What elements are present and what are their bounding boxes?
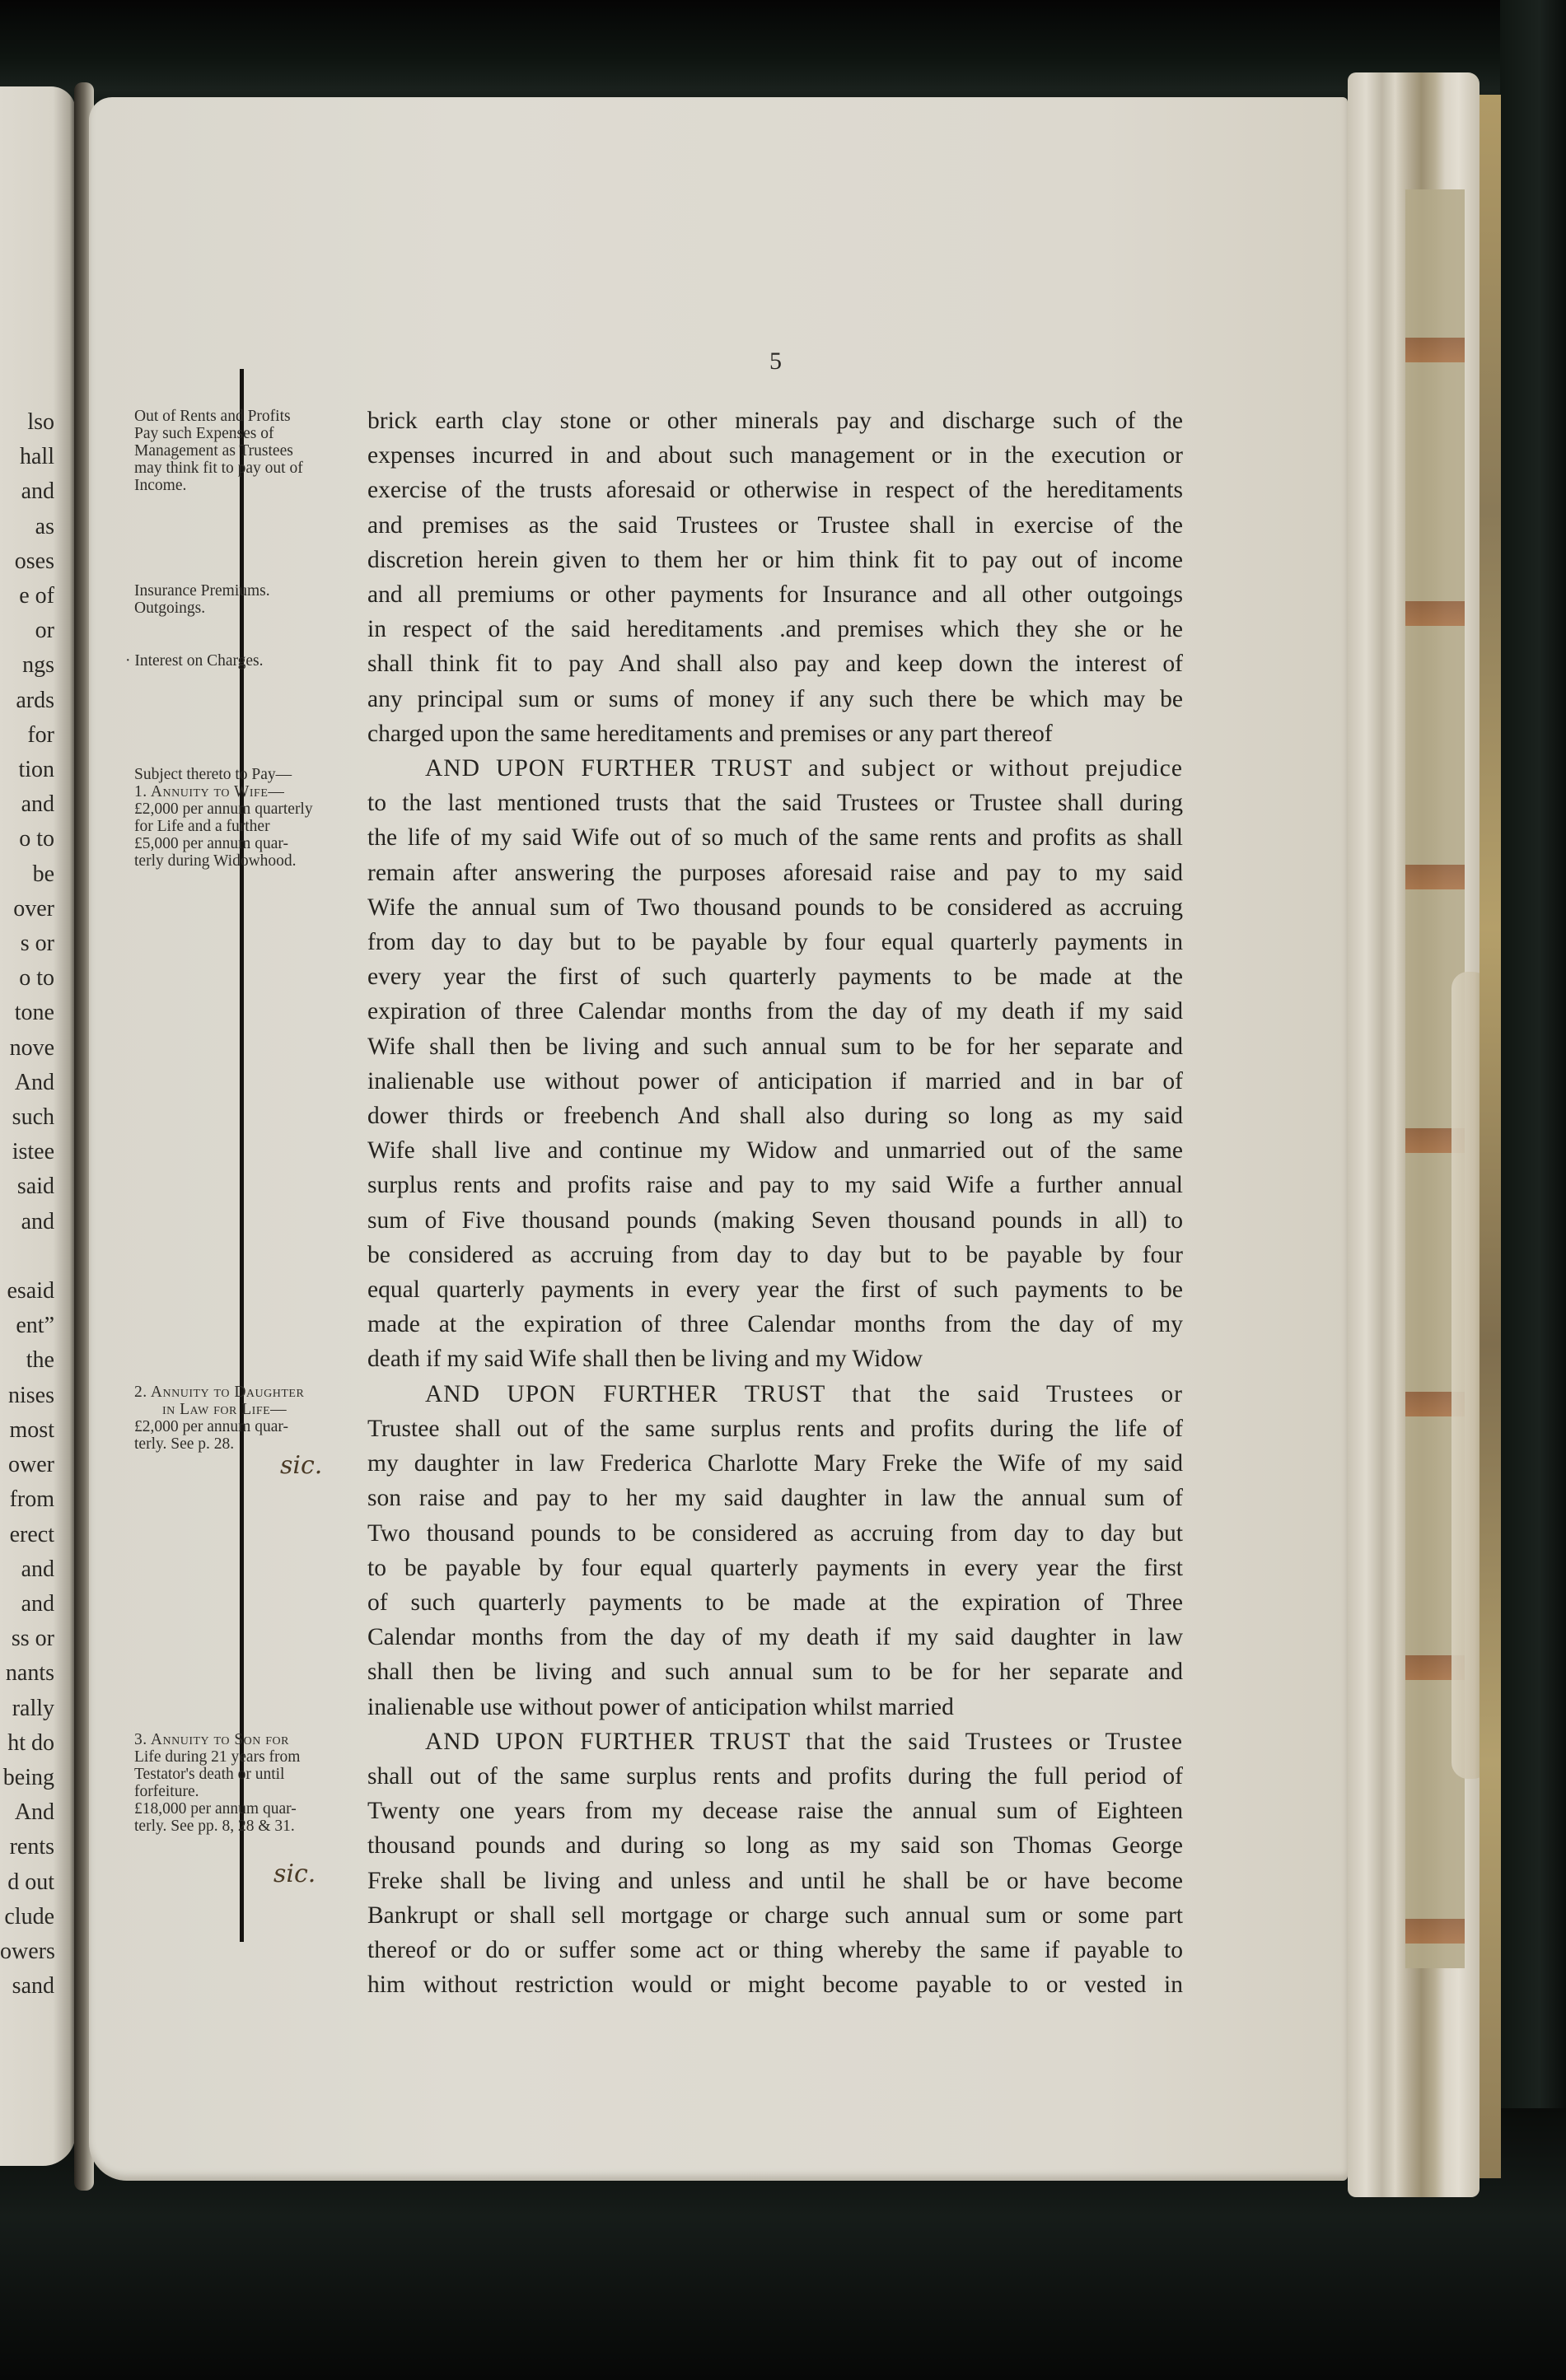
previous-page-text-fragments: lso hall and as oses e of or ngs ards fo… bbox=[0, 405, 54, 2004]
fragment: for bbox=[0, 718, 54, 753]
text-line: my daughter in law Frederica Charlotte M… bbox=[367, 1446, 1183, 1481]
text-line: remain after answering the purposes afor… bbox=[367, 856, 1183, 890]
fragment: most bbox=[0, 1413, 54, 1448]
fragment: being bbox=[0, 1761, 54, 1795]
fragment: oses bbox=[0, 544, 54, 579]
fragment: o to bbox=[0, 961, 54, 996]
fragment: and bbox=[0, 1587, 54, 1622]
margin-note-interest: · Interest on Charges. bbox=[125, 652, 356, 670]
fragment: nants bbox=[0, 1656, 54, 1691]
text-line: inalienable use without power of anticip… bbox=[367, 1064, 1183, 1099]
fragment: esaid bbox=[0, 1274, 54, 1309]
text-line: discretion herein given to them her or h… bbox=[367, 543, 1183, 577]
fragment: clude bbox=[0, 1900, 54, 1934]
text-line: thereof or do or suffer some act or thin… bbox=[367, 1933, 1183, 1967]
fragment: such bbox=[0, 1100, 54, 1135]
text-line: dower thirds or freebench And shall also… bbox=[367, 1099, 1183, 1133]
text-line: charged upon the same hereditaments and … bbox=[367, 716, 1183, 751]
fragment: ht do bbox=[0, 1726, 54, 1761]
text-line: sum of Five thousand pounds (making Seve… bbox=[367, 1203, 1183, 1238]
fragment: e of bbox=[0, 579, 54, 614]
fragment: o to bbox=[0, 822, 54, 856]
handwritten-sic-annotation: sic. bbox=[280, 1451, 322, 1480]
fragment: ards bbox=[0, 684, 54, 718]
text-line: shall then be living and such annual sum… bbox=[367, 1654, 1183, 1689]
marbled-endpaper-edge bbox=[1480, 95, 1501, 2178]
fragment: or bbox=[0, 614, 54, 648]
fragment: owers bbox=[0, 1934, 54, 1969]
text-line: made at the expiration of three Calendar… bbox=[367, 1307, 1183, 1342]
fragment: be bbox=[0, 857, 54, 892]
text-line: exercise of the trusts aforesaid or othe… bbox=[367, 473, 1183, 507]
fragment: ent” bbox=[0, 1309, 54, 1343]
fragment: tone bbox=[0, 996, 54, 1030]
text-line: from day to day but to be payable by fou… bbox=[367, 925, 1183, 959]
text-line: brick earth clay stone or other minerals… bbox=[367, 404, 1183, 438]
fragment bbox=[0, 1239, 54, 1274]
text-line: equal quarterly payments in every year t… bbox=[367, 1272, 1183, 1307]
handwritten-sic-annotation: sic. bbox=[273, 1860, 316, 1888]
text-line: inalienable use without power of anticip… bbox=[367, 1690, 1183, 1724]
text-line: shall think fit to pay And shall also pa… bbox=[367, 646, 1183, 681]
margin-note-insurance: Insurance Premiums. Outgoings. bbox=[134, 582, 365, 617]
paragraph-start-line: AND UPON FURTHER TRUST and subject or wi… bbox=[367, 751, 1183, 786]
margin-note-annuity-wife: Subject thereto to Pay— 1. Annuity to Wi… bbox=[134, 766, 365, 870]
text-line: be considered as accruing from day to da… bbox=[367, 1238, 1183, 1272]
fragment: said bbox=[0, 1169, 54, 1204]
margin-note-expenses: Out of Rents and Profits Pay such Expens… bbox=[134, 408, 365, 494]
page-number: 5 bbox=[769, 348, 782, 376]
text-line: son raise and pay to her my said daughte… bbox=[367, 1481, 1183, 1515]
fragment: and bbox=[0, 1552, 54, 1587]
text-line: Wife shall then be living and such annua… bbox=[367, 1029, 1183, 1064]
fragment: And bbox=[0, 1795, 54, 1830]
text-line: and premises as the said Trustees or Tru… bbox=[367, 508, 1183, 543]
fragment: rally bbox=[0, 1692, 54, 1726]
text-line: the life of my said Wife out of so much … bbox=[367, 820, 1183, 855]
fragment: tion bbox=[0, 753, 54, 787]
fragment: rents bbox=[0, 1830, 54, 1864]
text-line: Calendar months from the day of my death… bbox=[367, 1620, 1183, 1654]
fragment: d out bbox=[0, 1865, 54, 1900]
fragment: ss or bbox=[0, 1622, 54, 1656]
fragment: and bbox=[0, 1205, 54, 1239]
text-line: expiration of three Calendar months from… bbox=[367, 994, 1183, 1029]
margin-note-annuity-son: 3. Annuity to Son for Life during 21 yea… bbox=[134, 1731, 365, 1835]
text-line: any principal sum or sums of money if an… bbox=[367, 682, 1183, 716]
fragment: istee bbox=[0, 1135, 54, 1169]
text-line: every year the first of such quarterly p… bbox=[367, 959, 1183, 994]
text-line: him without restriction would or might b… bbox=[367, 1967, 1183, 2002]
fragment: from bbox=[0, 1482, 54, 1517]
margin-note-annuity-daughter: 2. Annuity to Daughter in Law for Life— … bbox=[134, 1384, 365, 1453]
paragraph-start-line: AND UPON FURTHER TRUST that the said Tru… bbox=[367, 1724, 1183, 1759]
text-line: Twenty one years from my decease raise t… bbox=[367, 1794, 1183, 1828]
fragment: and bbox=[0, 474, 54, 509]
text-line: Freke shall be living and unless and unt… bbox=[367, 1864, 1183, 1898]
text-line: Wife shall live and continue my Widow an… bbox=[367, 1133, 1183, 1168]
fragment: as bbox=[0, 510, 54, 544]
binding-right-edge bbox=[1500, 0, 1566, 2380]
fragment: And bbox=[0, 1066, 54, 1100]
text-line: Trustee shall out of the same surplus re… bbox=[367, 1412, 1183, 1446]
text-line: to the last mentioned trusts that the sa… bbox=[367, 786, 1183, 820]
fragment: nove bbox=[0, 1031, 54, 1066]
fragment: lso bbox=[0, 405, 54, 440]
fragment: the bbox=[0, 1343, 54, 1378]
fragment: over bbox=[0, 892, 54, 926]
fragment: sand bbox=[0, 1969, 54, 2004]
fragment: erect bbox=[0, 1518, 54, 1552]
fragment: ngs bbox=[0, 648, 54, 683]
text-line: of such quarterly payments to be made at… bbox=[367, 1585, 1183, 1620]
fragment: hall bbox=[0, 440, 54, 474]
text-line: Two thousand pounds to be considered as … bbox=[367, 1516, 1183, 1551]
text-line: death if my said Wife shall then be livi… bbox=[367, 1342, 1183, 1376]
fragment: and bbox=[0, 787, 54, 822]
text-line: in respect of the said hereditaments .an… bbox=[367, 612, 1183, 646]
text-line: Wife the annual sum of Two thousand poun… bbox=[367, 890, 1183, 925]
text-line: to be payable by four equal quarterly pa… bbox=[367, 1551, 1183, 1585]
will-body-text: brick earth clay stone or other minerals… bbox=[367, 404, 1183, 2002]
text-line: Bankrupt or shall sell mortgage or charg… bbox=[367, 1898, 1183, 1933]
fragment: ower bbox=[0, 1448, 54, 1482]
text-line: shall out of the same surplus rents and … bbox=[367, 1759, 1183, 1794]
paragraph-start-line: AND UPON FURTHER TRUST that the said Tru… bbox=[367, 1377, 1183, 1412]
text-line: thousand pounds and during so long as my… bbox=[367, 1828, 1183, 1863]
text-line: surplus rents and profits raise and pay … bbox=[367, 1168, 1183, 1202]
text-line: expenses incurred in and about such mana… bbox=[367, 438, 1183, 473]
text-line: and all premiums or other payments for I… bbox=[367, 577, 1183, 612]
fragment: s or bbox=[0, 926, 54, 961]
fragment: nises bbox=[0, 1379, 54, 1413]
